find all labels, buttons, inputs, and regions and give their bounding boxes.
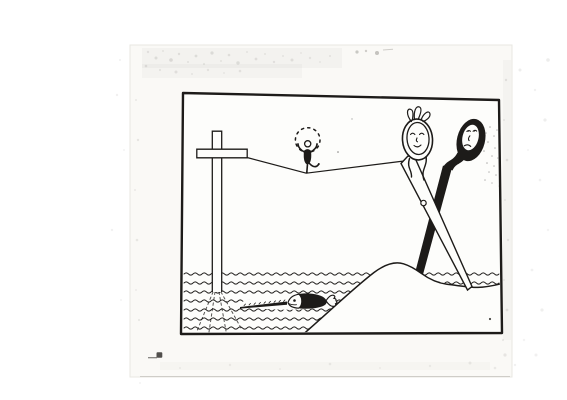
artwork-scan: Scanned album page (0, 0, 567, 400)
scissors-screw: Scissors pivot screw (421, 200, 426, 205)
drawing-svg: Scanned album page (0, 0, 567, 400)
